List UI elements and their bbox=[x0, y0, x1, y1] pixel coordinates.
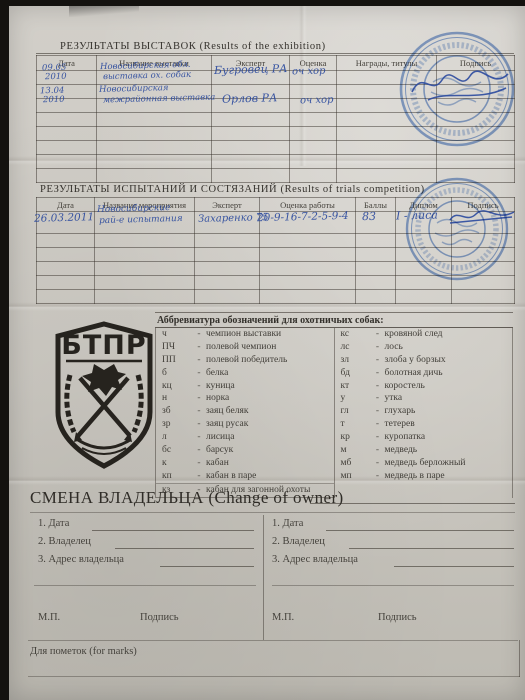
abbr-item: кп-кабан в паре bbox=[156, 470, 334, 483]
emblem-text: БТПР bbox=[61, 330, 146, 361]
col-header: Дата bbox=[37, 198, 95, 212]
abbr-item: н-норка bbox=[156, 392, 334, 405]
field-line bbox=[34, 585, 256, 586]
marks-label: Для пометок (for marks) bbox=[30, 646, 137, 657]
handwriting-score: оч хор bbox=[292, 66, 326, 78]
abbr-item: бс-барсук bbox=[156, 444, 334, 457]
marks-box-edge bbox=[519, 640, 520, 677]
heading-line bbox=[30, 512, 515, 513]
handwriting-expert: Бугровец РА bbox=[214, 62, 288, 77]
abbr-item: к-кабан bbox=[156, 457, 334, 470]
field-date: 1. Дата bbox=[272, 518, 303, 529]
hunting-club-emblem: БТПР bbox=[50, 320, 158, 470]
abbr-item: ПЧ-полевой чемпион bbox=[156, 341, 334, 354]
exhibitions-title: РЕЗУЛЬТАТЫ ВЫСТАВОК (Results of the exhi… bbox=[60, 41, 326, 52]
abbr-item: т-тетерев bbox=[335, 418, 513, 431]
abbr-item: зб-заяц беляк bbox=[156, 405, 334, 418]
handwriting-expert: Орлов РА bbox=[222, 91, 278, 105]
heading-line bbox=[310, 503, 515, 504]
signature-scribble bbox=[408, 62, 513, 107]
field-line bbox=[160, 566, 254, 567]
field-date: 1. Дата bbox=[38, 518, 69, 529]
field-line bbox=[272, 585, 514, 586]
field-owner-address: 3. Адрес владельца bbox=[38, 554, 124, 565]
abbr-item: мп-медведь в паре bbox=[335, 470, 513, 483]
abbr-item: ч-чемпион выставки bbox=[156, 328, 334, 341]
abbr-item: кс-кровяной след bbox=[335, 328, 513, 341]
field-line bbox=[326, 530, 514, 531]
owner-change-heading: СМЕНА ВЛАДЕЛЬЦА (Change of owner) bbox=[30, 488, 344, 508]
abbr-item: мб-медведь берложный bbox=[335, 457, 513, 470]
abbr-item: зл-злоба у борзых bbox=[335, 354, 513, 367]
abbr-item: лс-лось bbox=[335, 341, 513, 354]
mp-label: М.П. bbox=[38, 612, 60, 623]
handwriting-date: 2010 bbox=[43, 95, 65, 106]
abbr-item: кт-коростель bbox=[335, 380, 513, 393]
signature-label: Подпись bbox=[378, 612, 417, 623]
abbr-item: б-белка bbox=[156, 367, 334, 380]
field-owner: 2. Владелец bbox=[272, 536, 325, 547]
round-stamp bbox=[404, 176, 510, 282]
handwriting-date: 26.03.2011 bbox=[34, 211, 94, 225]
field-line bbox=[92, 530, 254, 531]
abbreviations-right-column: кс-кровяной след лс-лось зл-злоба у борз… bbox=[335, 328, 514, 498]
field-owner-address: 3. Адрес владельца bbox=[272, 554, 358, 565]
abbr-item: бд-болотная дичь bbox=[335, 367, 513, 380]
handwriting-work-score: 20-9-16-7-2-5-9-4 bbox=[257, 210, 349, 224]
field-line bbox=[394, 566, 514, 567]
trials-title: РЕЗУЛЬТАТЫ ИСПЫТАНИЙ И СОСТЯЗАНИЙ (Resul… bbox=[40, 184, 425, 195]
handwriting-points: 83 bbox=[362, 210, 376, 223]
column-divider bbox=[263, 515, 264, 640]
mp-label: М.П. bbox=[272, 612, 294, 623]
marks-line bbox=[28, 676, 520, 677]
field-line bbox=[115, 548, 254, 549]
abbr-item: зр-заяц русак bbox=[156, 418, 334, 431]
handwriting-event-name: Новосибирские bbox=[97, 203, 171, 215]
handwriting-date: 2010 bbox=[45, 72, 67, 83]
abbr-item: л-лисица bbox=[156, 431, 334, 444]
abbreviations-left-column: ч-чемпион выставки ПЧ-полевой чемпион ПП… bbox=[155, 328, 335, 498]
signature-label: Подпись bbox=[140, 612, 179, 623]
paper-fold bbox=[69, 6, 139, 17]
abbr-item: гл-глухарь bbox=[335, 405, 513, 418]
abbr-item: у-утка bbox=[335, 392, 513, 405]
abbr-item: ПП-полевой победитель bbox=[156, 354, 334, 367]
field-owner: 2. Владелец bbox=[38, 536, 91, 547]
field-line bbox=[349, 548, 514, 549]
abbr-item: м-медведь bbox=[335, 444, 513, 457]
section-line bbox=[28, 640, 518, 641]
abbreviations-block: Аббревиатура обозначений для охотничьих … bbox=[155, 312, 513, 498]
abbreviations-title: Аббревиатура обозначений для охотничьих … bbox=[155, 312, 513, 328]
col-header: Эксперт bbox=[195, 198, 260, 212]
handwriting-score: оч хор bbox=[300, 95, 334, 107]
abbr-item: кц-куница bbox=[156, 380, 334, 393]
abbr-item: кр-куропатка bbox=[335, 431, 513, 444]
